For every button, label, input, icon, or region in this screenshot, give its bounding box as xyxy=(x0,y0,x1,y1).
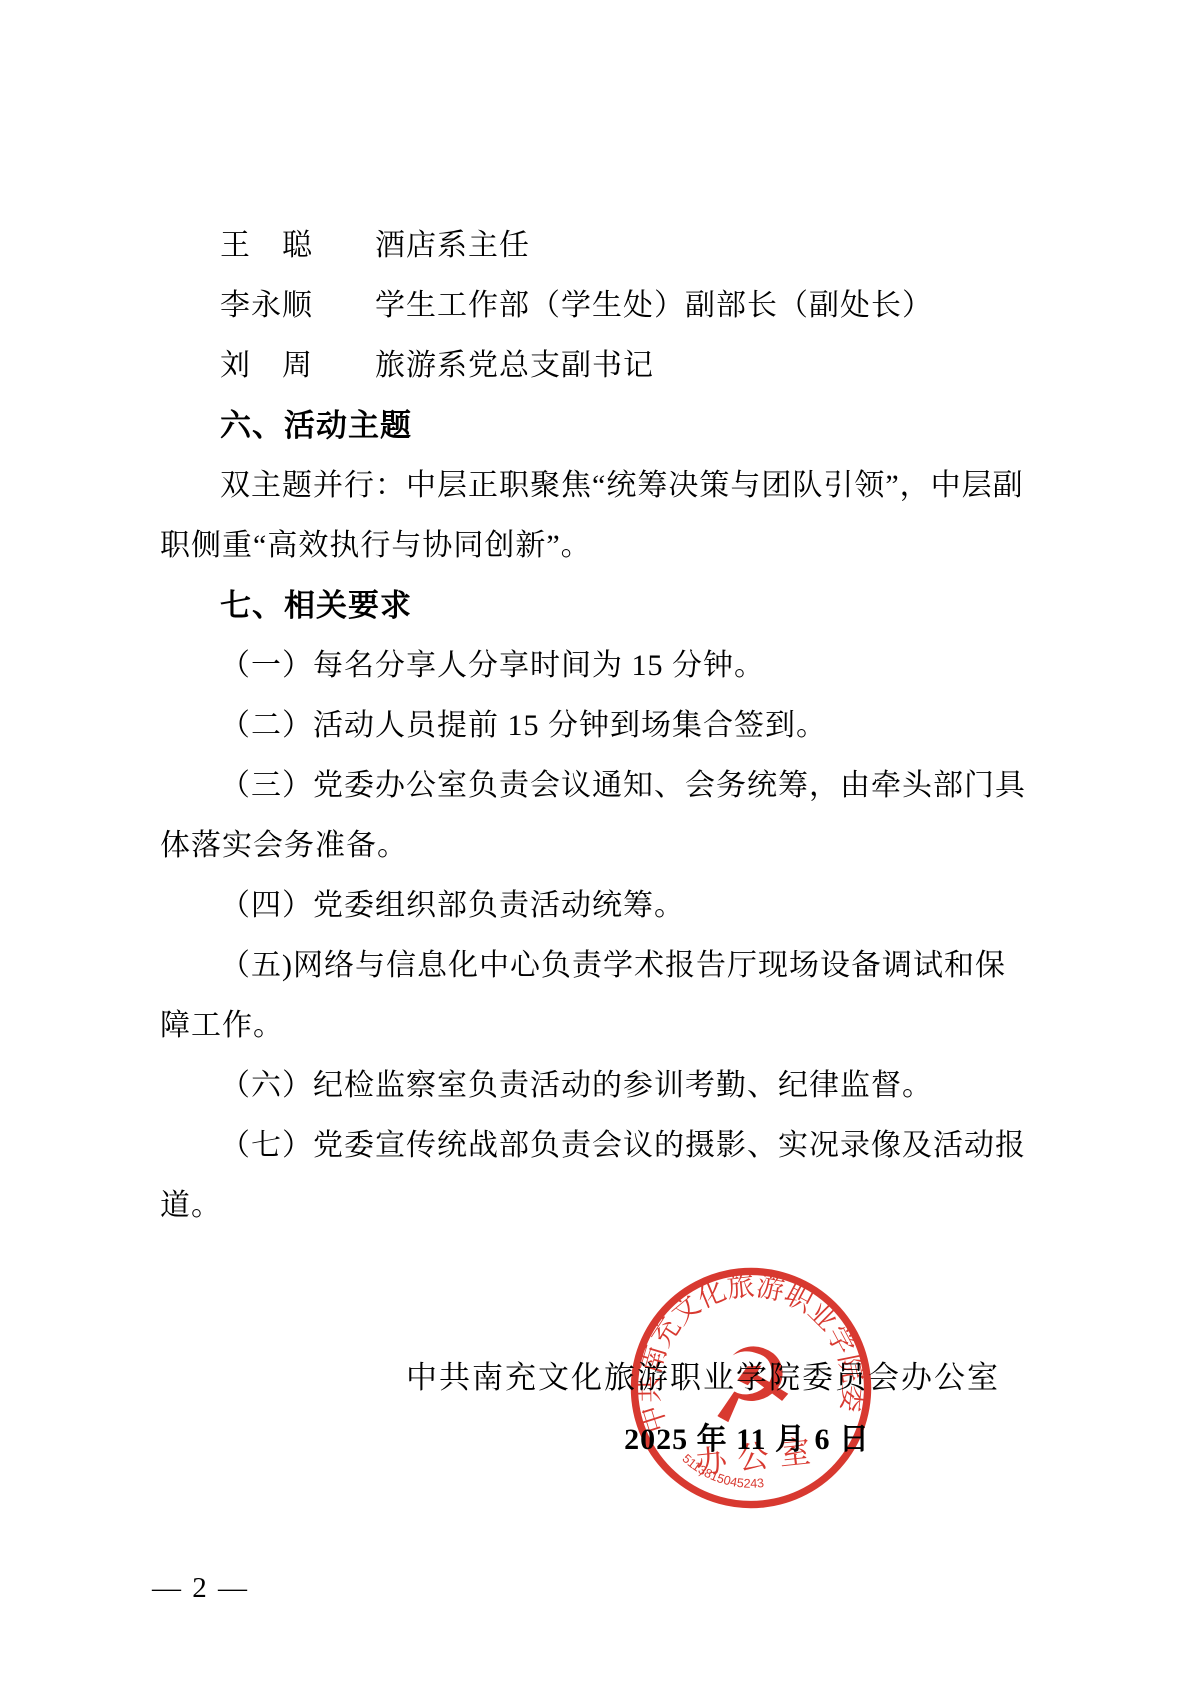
document-line: 七、相关要求 xyxy=(160,576,1040,636)
date-line: 2025 年 11 月 6 日 xyxy=(160,1414,1040,1458)
document-line: 职侧重“高效执行与协同创新”。 xyxy=(160,516,1040,576)
signature-line: 中共南充文化旅游职业学院委员会办公室 xyxy=(160,1352,1040,1397)
document-page: 王 聪 酒店系主任李永顺 学生工作部（学生处）副部长（副处长）刘 周 旅游系党总… xyxy=(0,0,1191,1684)
document-body: 王 聪 酒店系主任李永顺 学生工作部（学生处）副部长（副处长）刘 周 旅游系党总… xyxy=(160,216,1040,1236)
document-line: 体落实会务准备。 xyxy=(160,816,1040,876)
document-line: 刘 周 旅游系党总支副书记 xyxy=(160,336,1040,396)
document-line: （四）党委组织部负责活动统筹。 xyxy=(160,876,1040,936)
document-line: （五)网络与信息化中心负责学术报告厅现场设备调试和保 xyxy=(160,936,1040,996)
document-line: （一）每名分享人分享时间为 15 分钟。 xyxy=(160,636,1040,696)
seal-ring-text: 中共南充文化旅游职业学院委员会 xyxy=(613,1250,873,1440)
document-line: 道。 xyxy=(160,1176,1040,1236)
page-number: — 2 — xyxy=(152,1572,249,1605)
document-line: 李永顺 学生工作部（学生处）副部长（副处长） xyxy=(160,276,1040,336)
document-line: 王 聪 酒店系主任 xyxy=(160,216,1040,276)
document-line: （三）党委办公室负责会议通知、会务统筹，由牵头部门具 xyxy=(160,756,1040,816)
document-line: 六、活动主题 xyxy=(160,396,1040,456)
document-line: 障工作。 xyxy=(160,996,1040,1056)
document-line: （六）纪检监察室负责活动的参训考勤、纪律监督。 xyxy=(160,1056,1040,1116)
document-line: （二）活动人员提前 15 分钟到场集合签到。 xyxy=(160,696,1040,756)
document-line: 双主题并行：中层正职聚焦“统筹决策与团队引领”，中层副 xyxy=(160,456,1040,516)
document-line: （七）党委宣传统战部负责会议的摄影、实况录像及活动报 xyxy=(160,1116,1040,1176)
